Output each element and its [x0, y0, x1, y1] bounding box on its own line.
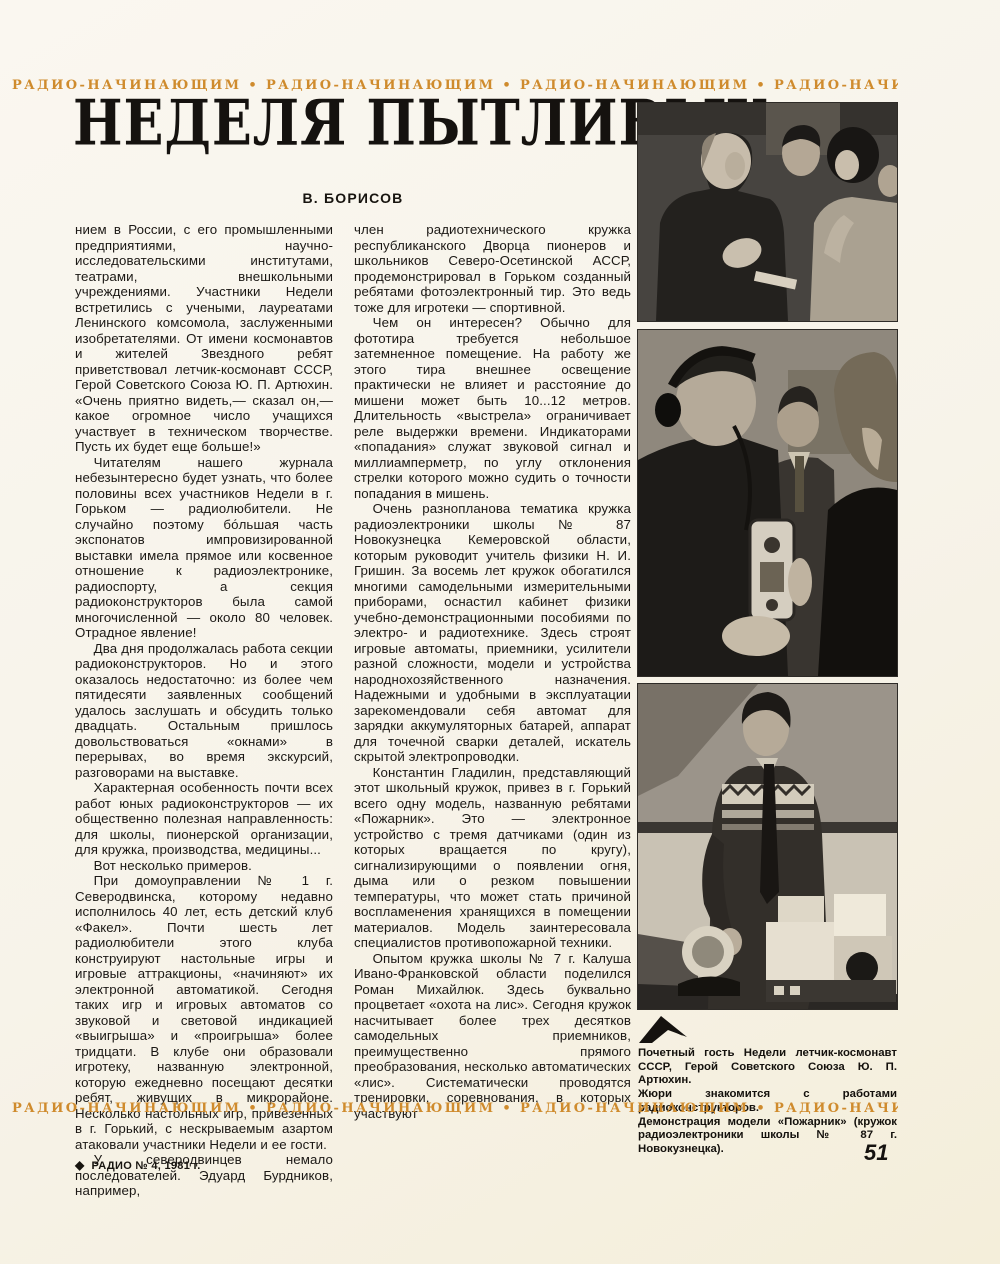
- middle-column: член радиотехнического кружка республика…: [354, 222, 631, 1199]
- left-column: нием в России, с его промышленными предп…: [75, 222, 333, 1199]
- paragraph: член радиотехнического кружка республика…: [354, 222, 631, 315]
- paragraph: Константин Гладилин, представляющий этот…: [354, 765, 631, 951]
- footer-imprint-text: РАДИО № 4, 1981 г.: [92, 1160, 201, 1172]
- footer-imprint: ◆РАДИО № 4, 1981 г.: [75, 1158, 201, 1172]
- diamond-icon: ◆: [75, 1158, 85, 1172]
- author-byline: В. БОРИСОВ: [75, 190, 631, 206]
- caption-cosmonaut: Почетный гость Недели летчик-космонавт С…: [638, 1047, 897, 1088]
- paragraph: Опытом кружка школы № 7 г. Калуша Ивано-…: [354, 951, 631, 1122]
- paragraph: Чем он интересен? Обычно для фототира тр…: [354, 315, 631, 501]
- photo-jury-inspection: [638, 330, 897, 676]
- photo-column: Почетный гость Недели летчик-космонавт С…: [638, 103, 897, 1157]
- paragraph: Читателям нашего журнала небезынтересно …: [75, 455, 333, 641]
- paragraph: Характерная особенность почти всех работ…: [75, 780, 333, 858]
- caption-pointer-icon: [638, 1016, 688, 1043]
- paragraph: Два дня продолжалась работа секции радио…: [75, 641, 333, 781]
- article-body: нием в России, с его промышленными предп…: [75, 222, 631, 1199]
- magazine-page: РАДИО-НАЧИНАЮЩИМ • РАДИО-НАЧИНАЮЩИМ • РА…: [0, 0, 1000, 1264]
- page-number: 51: [864, 1140, 888, 1166]
- photo-pozharnik-demo: [638, 684, 897, 1009]
- footer-band: РАДИО-НАЧИНАЮЩИМ • РАДИО-НАЧИНАЮЩИМ • РА…: [12, 1101, 898, 1116]
- caption-demo: Демонстрация модели «Пожарник» (кружок р…: [638, 1116, 897, 1157]
- paragraph: Очень разнопланова тематика кружка радио…: [354, 501, 631, 765]
- paragraph: Вот несколько примеров.: [75, 858, 333, 874]
- paragraph: нием в России, с его промышленными предп…: [75, 222, 333, 455]
- photo-cosmonaut-greeting: [638, 103, 897, 321]
